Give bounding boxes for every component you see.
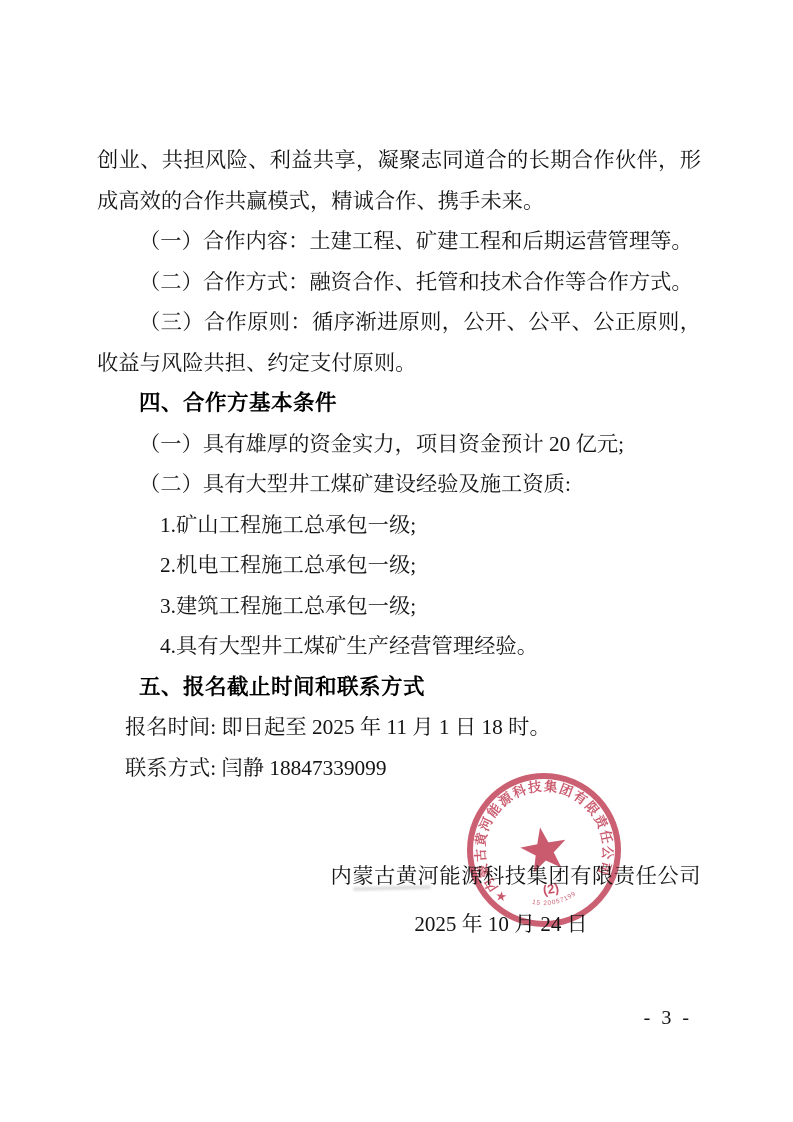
list-item: 2.机电工程施工总承包一级; (97, 545, 701, 586)
body-line: （二）具有大型井工煤矿建设经验及施工资质: (97, 464, 701, 505)
body-line: （二）合作方式：融资合作、托管和技术合作等合作方式。 (97, 262, 701, 303)
body-line: （一）合作内容：土建工程、矿建工程和后期运营管理等。 (97, 221, 701, 262)
signature-date: 2025 年 10 月 24 日 (315, 912, 687, 937)
list-item: 3.建筑工程施工总承包一级; (97, 586, 701, 627)
body-line: 收益与风险共担、约定支付原则。 (97, 343, 701, 384)
section-heading-4: 四、合作方基本条件 (97, 383, 701, 424)
company-seal: ★内蒙古黄河能源科技集团有限责任公司 (2) 15 20057199 (464, 770, 624, 930)
list-item: 1.矿山工程施工总承包一级; (97, 505, 701, 546)
body-line: 成高效的合作共赢模式，精诚合作、携手未来。 (97, 181, 701, 222)
section-heading-5: 五、报名截止时间和联系方式 (97, 667, 701, 708)
document-page: 创业、共担风险、利益共享，凝聚志同道合的长期合作伙伴，形 成高效的合作共赢模式，… (0, 0, 793, 1122)
list-item: 4.具有大型井工煤矿生产经营管理经验。 (97, 626, 701, 667)
registration-time-line: 报名时间: 即日起至 2025 年 11 月 1 日 18 时。 (97, 707, 701, 748)
document-body: 创业、共担风险、利益共享，凝聚志同道合的长期合作伙伴，形 成高效的合作共赢模式，… (97, 140, 701, 788)
body-line: （一）具有雄厚的资金实力，项目资金预计 20 亿元; (97, 424, 701, 465)
page-number: - 3 - (644, 1006, 692, 1030)
body-line: （三）合作原则：循序渐进原则，公开、公平、公正原则， (97, 302, 701, 343)
body-line: 创业、共担风险、利益共享，凝聚志同道合的长期合作伙伴，形 (97, 140, 701, 181)
signature-company: 内蒙古黄河能源科技集团有限责任公司 (300, 864, 701, 890)
